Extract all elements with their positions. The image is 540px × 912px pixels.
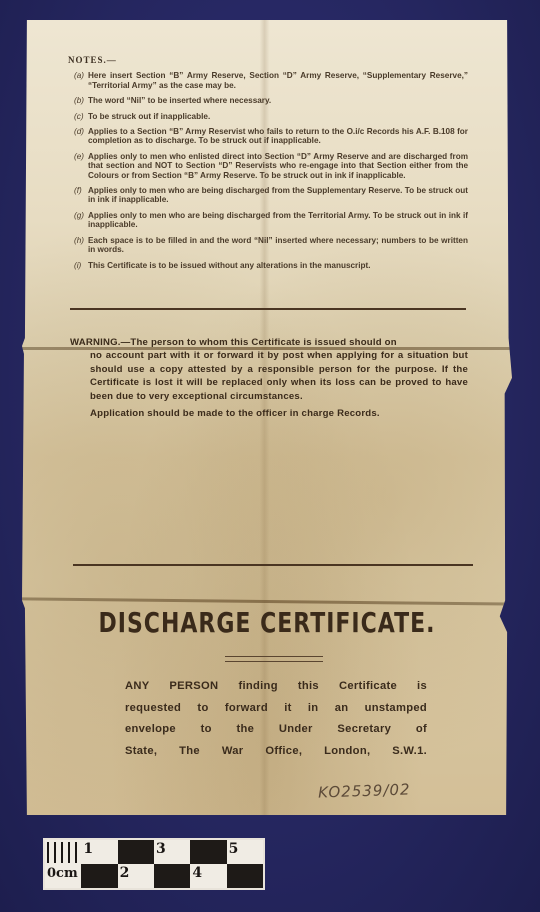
note-text: Each space is to be filled in and the wo… <box>88 236 468 255</box>
note-marker: (h) <box>74 236 88 255</box>
scale-cell <box>190 840 226 864</box>
note-item: (a)Here insert Section “B” Army Reserve,… <box>74 71 468 90</box>
scale-number: 5 <box>229 841 239 857</box>
finder-line: State, The War Office, London, S.W.1. <box>125 741 427 763</box>
note-marker: (g) <box>74 211 88 230</box>
note-item: (f)Applies only to men who are being dis… <box>74 186 468 205</box>
note-text: The word “Nil” to be inserted where nece… <box>88 96 468 105</box>
scale-bar: 1 3 5 0cm 2 4 <box>43 838 265 890</box>
scale-number: 4 <box>192 865 202 881</box>
note-text: Applies to a Section “B” Army Reservist … <box>88 127 468 146</box>
scale-cell: 1 <box>81 840 117 864</box>
scale-cell: 3 <box>154 840 190 864</box>
note-text: Applies only to men who are being discha… <box>88 186 468 205</box>
title-double-rule <box>225 656 323 662</box>
finder-line: requested to forward it in an unstamped <box>125 698 427 720</box>
scale-unit-label: 0cm <box>47 866 78 881</box>
note-item: (i)This Certificate is to be issued with… <box>74 261 468 270</box>
finder-line: envelope to the Under Secretary of <box>125 719 427 741</box>
note-item: (g)Applies only to men who are being dis… <box>74 211 468 230</box>
scale-cell <box>45 840 81 864</box>
scale-number: 1 <box>83 841 93 857</box>
note-marker: (b) <box>74 96 88 105</box>
note-text: Applies only to men who are being discha… <box>88 211 468 230</box>
note-text: This Certificate is to be issued without… <box>88 261 468 270</box>
note-text: Applies only to men who enlisted direct … <box>88 152 468 180</box>
warning-application: Application should be made to the office… <box>70 407 468 420</box>
note-marker: (i) <box>74 261 88 270</box>
mm-ticks <box>47 842 79 863</box>
scale-cell <box>154 864 190 888</box>
note-text: To be struck out if inapplicable. <box>88 112 468 121</box>
paper-fold-lower <box>22 597 512 605</box>
finder-instructions: ANY PERSON finding this Certificate is r… <box>125 676 427 762</box>
warning-body: no account part with it or forward it by… <box>70 349 468 403</box>
scale-cell: 0cm <box>45 864 81 888</box>
scale-number: 2 <box>120 865 130 881</box>
note-item: (b)The word “Nil” to be inserted where n… <box>74 96 468 105</box>
note-text: Here insert Section “B” Army Reserve, Se… <box>88 71 468 90</box>
scale-cell: 5 <box>227 840 263 864</box>
note-item: (e)Applies only to men who enlisted dire… <box>74 152 468 180</box>
finder-line: ANY PERSON finding this Certificate is <box>125 676 427 698</box>
notes-section: NOTES.— (a)Here insert Section “B” Army … <box>68 56 468 276</box>
warning-section: WARNING.—The person to whom this Certifi… <box>70 336 468 420</box>
scale-cell <box>227 864 263 888</box>
notes-heading: NOTES.— <box>68 56 468 65</box>
divider-rule <box>70 308 466 310</box>
note-item: (h)Each space is to be filled in and the… <box>74 236 468 255</box>
divider-rule <box>73 564 473 566</box>
note-marker: (a) <box>74 71 88 90</box>
certificate-title: DISCHARGE CERTIFICATE. <box>22 608 512 639</box>
scale-number: 3 <box>156 841 166 857</box>
note-marker: (d) <box>74 127 88 146</box>
scale-cell: 2 <box>118 864 154 888</box>
handwritten-reference: KO2539/02 <box>318 780 411 801</box>
discharge-certificate-paper: NOTES.— (a)Here insert Section “B” Army … <box>22 20 512 815</box>
scale-cell <box>81 864 117 888</box>
note-marker: (e) <box>74 152 88 180</box>
scale-cell <box>118 840 154 864</box>
note-marker: (f) <box>74 186 88 205</box>
note-item: (d)Applies to a Section “B” Army Reservi… <box>74 127 468 146</box>
scale-cell: 4 <box>190 864 226 888</box>
note-marker: (c) <box>74 112 88 121</box>
warning-lead: WARNING.—The person to whom this Certifi… <box>70 336 468 349</box>
note-item: (c)To be struck out if inapplicable. <box>74 112 468 121</box>
